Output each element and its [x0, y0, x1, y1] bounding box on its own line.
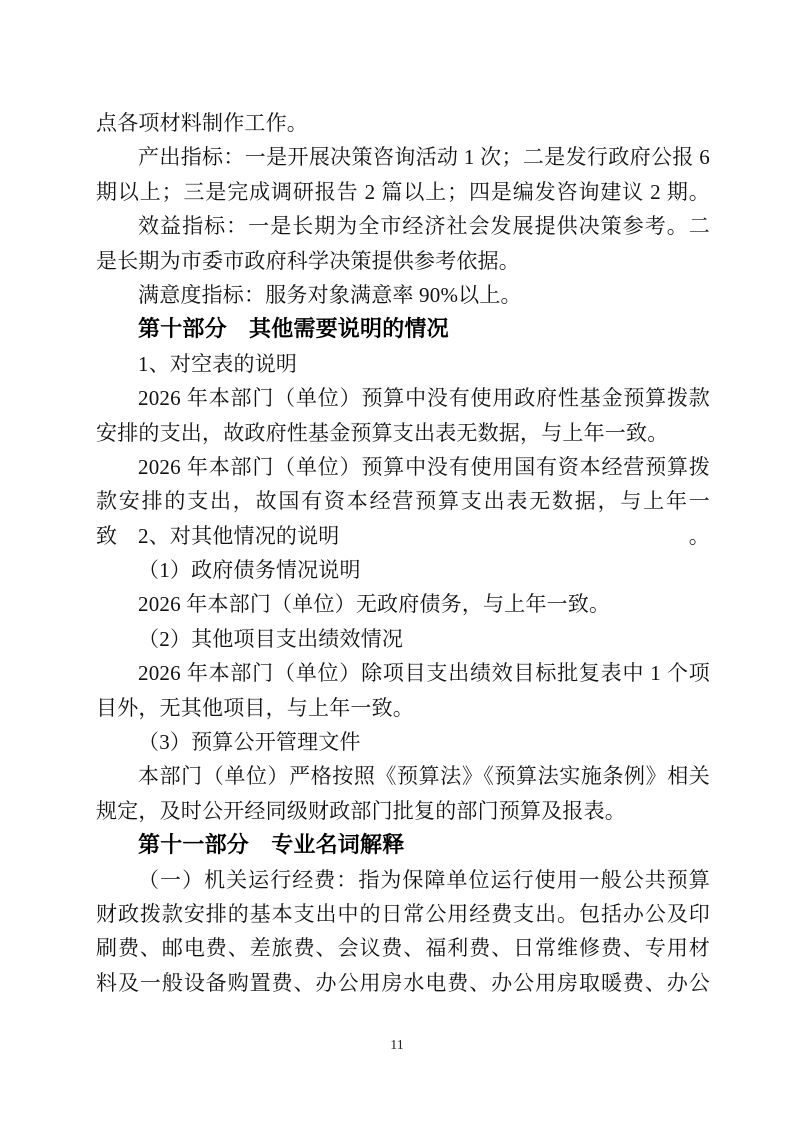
text-line: 目外，无其他项目，与上年一致。: [96, 691, 710, 725]
text-line: 2026 年本部门（单位）预算中没有使用政府性基金预算拨款: [96, 381, 710, 415]
text-line: 2026 年本部门（单位）除项目支出绩效目标批复表中 1 个项: [96, 656, 710, 690]
document-page: 点各项材料制作工作。产出指标：一是开展决策咨询活动 1 次；二是发行政府公报 6…: [0, 0, 794, 1123]
text-line: 规定，及时公开经同级财政部门批复的部门预算及报表。: [96, 794, 710, 828]
document-content: 点各项材料制作工作。产出指标：一是开展决策咨询活动 1 次；二是发行政府公报 6…: [96, 106, 710, 1000]
text-line: 满意度指标：服务对象满意率 90%以上。: [96, 278, 710, 312]
text-line: （一）机关运行经费：指为保障单位运行使用一般公共预算: [96, 863, 710, 897]
text-line: 1、对空表的说明: [96, 347, 710, 381]
section-heading: 第十一部分 专业名词解释: [96, 828, 710, 862]
text-line: 料及一般设备购置费、办公用房水电费、办公用房取暖费、办公: [96, 966, 710, 1000]
text-line: 本部门（单位）严格按照《预算法》《预算法实施条例》相关: [96, 759, 710, 793]
text-line: 财政拨款安排的基本支出中的日常公用经费支出。包括办公及印: [96, 897, 710, 931]
text-line: 是长期为市委市政府科学决策提供参考依据。: [96, 244, 710, 278]
text-line: （1）政府债务情况说明: [96, 553, 710, 587]
text-line: 2026 年本部门（单位）预算中没有使用国有资本经营预算拨: [96, 450, 710, 484]
section-heading: 第十部分 其他需要说明的情况: [96, 312, 710, 346]
text-line: 刷费、邮电费、差旅费、会议费、福利费、日常维修费、专用材: [96, 931, 710, 965]
text-line: 款安排的支出，故国有资本经营预算支出表无数据，与上年一致。: [96, 484, 710, 518]
page-number: 11: [0, 1038, 794, 1054]
text-line: 产出指标：一是开展决策咨询活动 1 次；二是发行政府公报 6: [96, 140, 710, 174]
text-line: 期以上；三是完成调研报告 2 篇以上；四是编发咨询建议 2 期。: [96, 175, 710, 209]
text-line: 点各项材料制作工作。: [96, 106, 710, 140]
text-line: 效益指标：一是长期为全市经济社会发展提供决策参考。二: [96, 209, 710, 243]
text-line: （2）其他项目支出绩效情况: [96, 622, 710, 656]
text-line: （3）预算公开管理文件: [96, 725, 710, 759]
text-line: 2026 年本部门（单位）无政府债务，与上年一致。: [96, 587, 710, 621]
text-line: 安排的支出，故政府性基金预算支出表无数据，与上年一致。: [96, 416, 710, 450]
